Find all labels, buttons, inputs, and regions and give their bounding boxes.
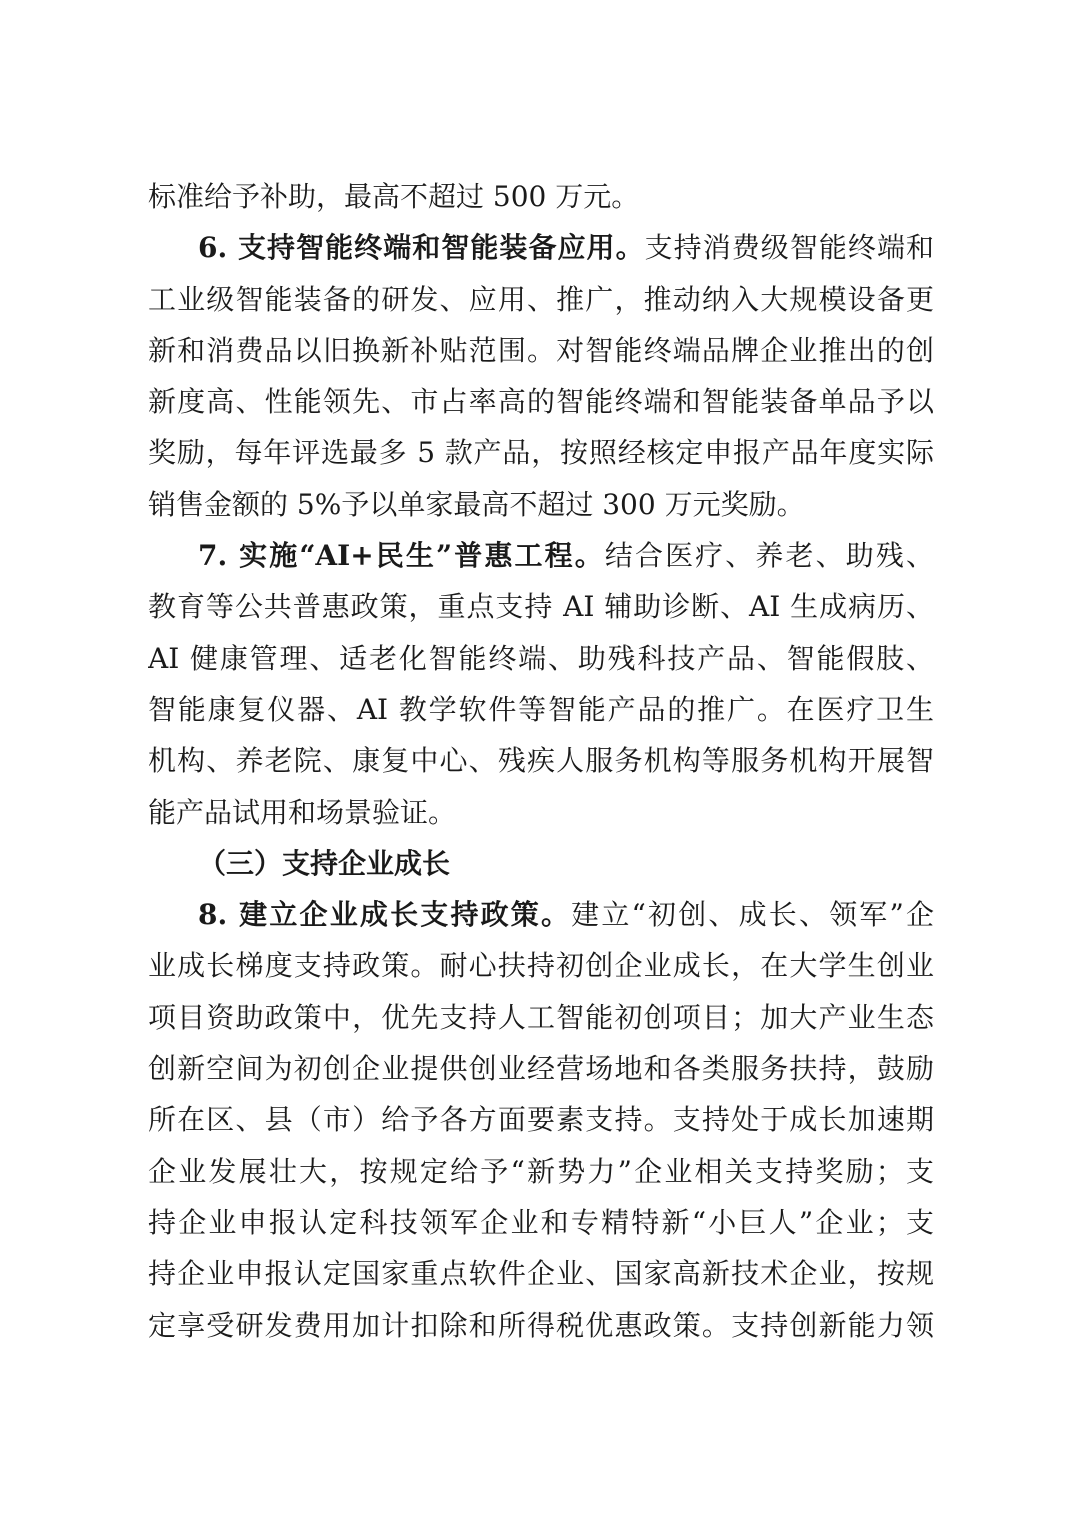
text-line: 创新空间为初创企业提供创业经营场地和各类服务扶持，鼓励: [148, 1043, 934, 1094]
document-page: 标准给予补助，最高不超过 500 万元。6. 支持智能终端和智能装备应用。支持消…: [0, 0, 1080, 1527]
body-text: 能产品试用和场景验证。: [148, 796, 456, 829]
body-text: 工业级智能装备的研发、应用、推广，推动纳入大规模设备更: [148, 283, 934, 316]
document-body: 标准给予补助，最高不超过 500 万元。6. 支持智能终端和智能装备应用。支持消…: [148, 171, 934, 1351]
text-line: 业成长梯度支持政策。耐心扶持初创企业成长，在大学生创业: [148, 940, 934, 991]
text-line: 智能康复仪器、AI 教学软件等智能产品的推广。在医疗卫生: [148, 684, 934, 735]
text-line: 奖励，每年评选最多 5 款产品，按照经核定申报产品年度实际: [148, 427, 934, 478]
body-text: 销售金额的 5%予以单家最高不超过 300 万元奖励。: [148, 488, 805, 521]
text-line: 标准给予补助，最高不超过 500 万元。: [148, 171, 934, 222]
text-line: 新和消费品以旧换新补贴范围。对智能终端品牌企业推出的创: [148, 325, 934, 376]
text-line: 工业级智能装备的研发、应用、推广，推动纳入大规模设备更: [148, 274, 934, 325]
body-text: 企业发展壮大，按规定给予“新势力”企业相关支持奖励；支: [148, 1155, 934, 1188]
body-text: AI 健康管理、适老化智能终端、助残科技产品、智能假肢、: [148, 642, 934, 675]
body-text: 教育等公共普惠政策，重点支持 AI 辅助诊断、AI 生成病历、: [148, 590, 934, 623]
body-text: 奖励，每年评选最多 5 款产品，按照经核定申报产品年度实际: [148, 436, 934, 469]
heading-text: 8. 建立企业成长支持政策。: [198, 898, 571, 931]
text-line: 定享受研发费用加计扣除和所得税优惠政策。支持创新能力领: [148, 1300, 934, 1351]
text-line: 持企业申报认定科技领军企业和专精特新“小巨人”企业；支: [148, 1197, 934, 1248]
heading-text: 7. 实施“AI+民生”普惠工程。: [198, 539, 605, 572]
body-text: 项目资助政策中，优先支持人工智能初创项目；加大产业生态: [148, 1001, 934, 1034]
body-text: 标准给予补助，最高不超过 500 万元。: [148, 180, 639, 213]
heading-text: 6. 支持智能终端和智能装备应用。: [198, 231, 645, 264]
body-text: 新和消费品以旧换新补贴范围。对智能终端品牌企业推出的创: [148, 334, 934, 367]
text-line: 8. 建立企业成长支持政策。建立“初创、成长、领军”企: [148, 889, 934, 940]
body-text: 所在区、县（市）给予各方面要素支持。支持处于成长加速期: [148, 1103, 934, 1136]
text-line: 教育等公共普惠政策，重点支持 AI 辅助诊断、AI 生成病历、: [148, 581, 934, 632]
body-text: 创新空间为初创企业提供创业经营场地和各类服务扶持，鼓励: [148, 1052, 934, 1085]
text-line: （三）支持企业成长: [148, 838, 934, 889]
text-line: 6. 支持智能终端和智能装备应用。支持消费级智能终端和: [148, 222, 934, 273]
body-text: 业成长梯度支持政策。耐心扶持初创企业成长，在大学生创业: [148, 949, 934, 982]
text-line: 新度高、性能领先、市占率高的智能终端和智能装备单品予以: [148, 376, 934, 427]
text-line: 销售金额的 5%予以单家最高不超过 300 万元奖励。: [148, 479, 934, 530]
text-line: AI 健康管理、适老化智能终端、助残科技产品、智能假肢、: [148, 633, 934, 684]
heading-text: （三）支持企业成长: [198, 847, 450, 880]
text-line: 机构、养老院、康复中心、残疾人服务机构等服务机构开展智: [148, 735, 934, 786]
body-text: 支持消费级智能终端和: [645, 231, 934, 264]
text-line: 7. 实施“AI+民生”普惠工程。结合医疗、养老、助残、: [148, 530, 934, 581]
body-text: 机构、养老院、康复中心、残疾人服务机构等服务机构开展智: [148, 744, 934, 777]
body-text: 持企业申报认定科技领军企业和专精特新“小巨人”企业；支: [148, 1206, 934, 1239]
body-text: 建立“初创、成长、领军”企: [571, 898, 934, 931]
text-line: 持企业申报认定国家重点软件企业、国家高新技术企业，按规: [148, 1248, 934, 1299]
text-line: 企业发展壮大，按规定给予“新势力”企业相关支持奖励；支: [148, 1146, 934, 1197]
body-text: 持企业申报认定国家重点软件企业、国家高新技术企业，按规: [148, 1257, 934, 1290]
text-line: 所在区、县（市）给予各方面要素支持。支持处于成长加速期: [148, 1094, 934, 1145]
text-line: 能产品试用和场景验证。: [148, 787, 934, 838]
body-text: 新度高、性能领先、市占率高的智能终端和智能装备单品予以: [148, 385, 934, 418]
text-line: 项目资助政策中，优先支持人工智能初创项目；加大产业生态: [148, 992, 934, 1043]
body-text: 结合医疗、养老、助残、: [605, 539, 934, 572]
body-text: 定享受研发费用加计扣除和所得税优惠政策。支持创新能力领: [148, 1309, 934, 1342]
body-text: 智能康复仪器、AI 教学软件等智能产品的推广。在医疗卫生: [148, 693, 934, 726]
